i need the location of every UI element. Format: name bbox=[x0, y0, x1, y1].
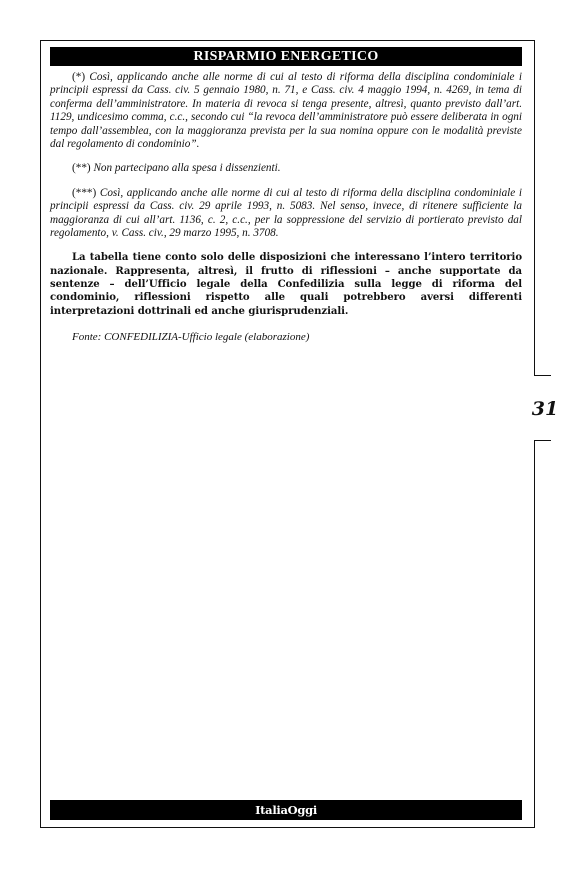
section-title-bar: RISPARMIO ENERGETICO bbox=[50, 47, 522, 66]
page-frame-right-border-upper bbox=[534, 40, 535, 376]
footnote-text: Non partecipano alla spesa i dissenzient… bbox=[91, 162, 281, 174]
footnote-text: Così, applicando anche alle norme di cui… bbox=[50, 187, 522, 239]
page-frame-top-border bbox=[40, 40, 535, 41]
source-credit: Fonte: CONFEDILIZIA-Ufficio legale (elab… bbox=[50, 331, 522, 344]
footer-bar: ItaliaOggi bbox=[50, 800, 522, 820]
page-frame-right-border-lower bbox=[534, 440, 535, 828]
footnote-3: (***) Così, applicando anche alle norme … bbox=[50, 187, 522, 241]
disclaimer-paragraph: La tabella tiene conto solo delle dispos… bbox=[50, 251, 522, 317]
footnote-2: (**) Non partecipano alla spesa i dissen… bbox=[50, 162, 522, 175]
page-frame-bottom-border bbox=[40, 827, 535, 828]
page-frame-left-border bbox=[40, 40, 41, 828]
page-tab-tick-lower bbox=[534, 440, 551, 441]
footnote-marker: (***) bbox=[72, 187, 96, 199]
footnote-1: (*) Così, applicando anche alle norme di… bbox=[50, 71, 522, 151]
publisher-logo: ItaliaOggi bbox=[255, 803, 317, 817]
footnote-text: Così, applicando anche alle norme di cui… bbox=[50, 71, 522, 150]
notes-content: (*) Così, applicando anche alle norme di… bbox=[50, 71, 522, 344]
footnote-marker: (*) bbox=[72, 71, 85, 83]
footnote-marker: (**) bbox=[72, 162, 91, 174]
page-number: 31 bbox=[527, 398, 563, 420]
section-title: RISPARMIO ENERGETICO bbox=[193, 49, 378, 64]
page-tab-tick-upper bbox=[534, 375, 551, 376]
